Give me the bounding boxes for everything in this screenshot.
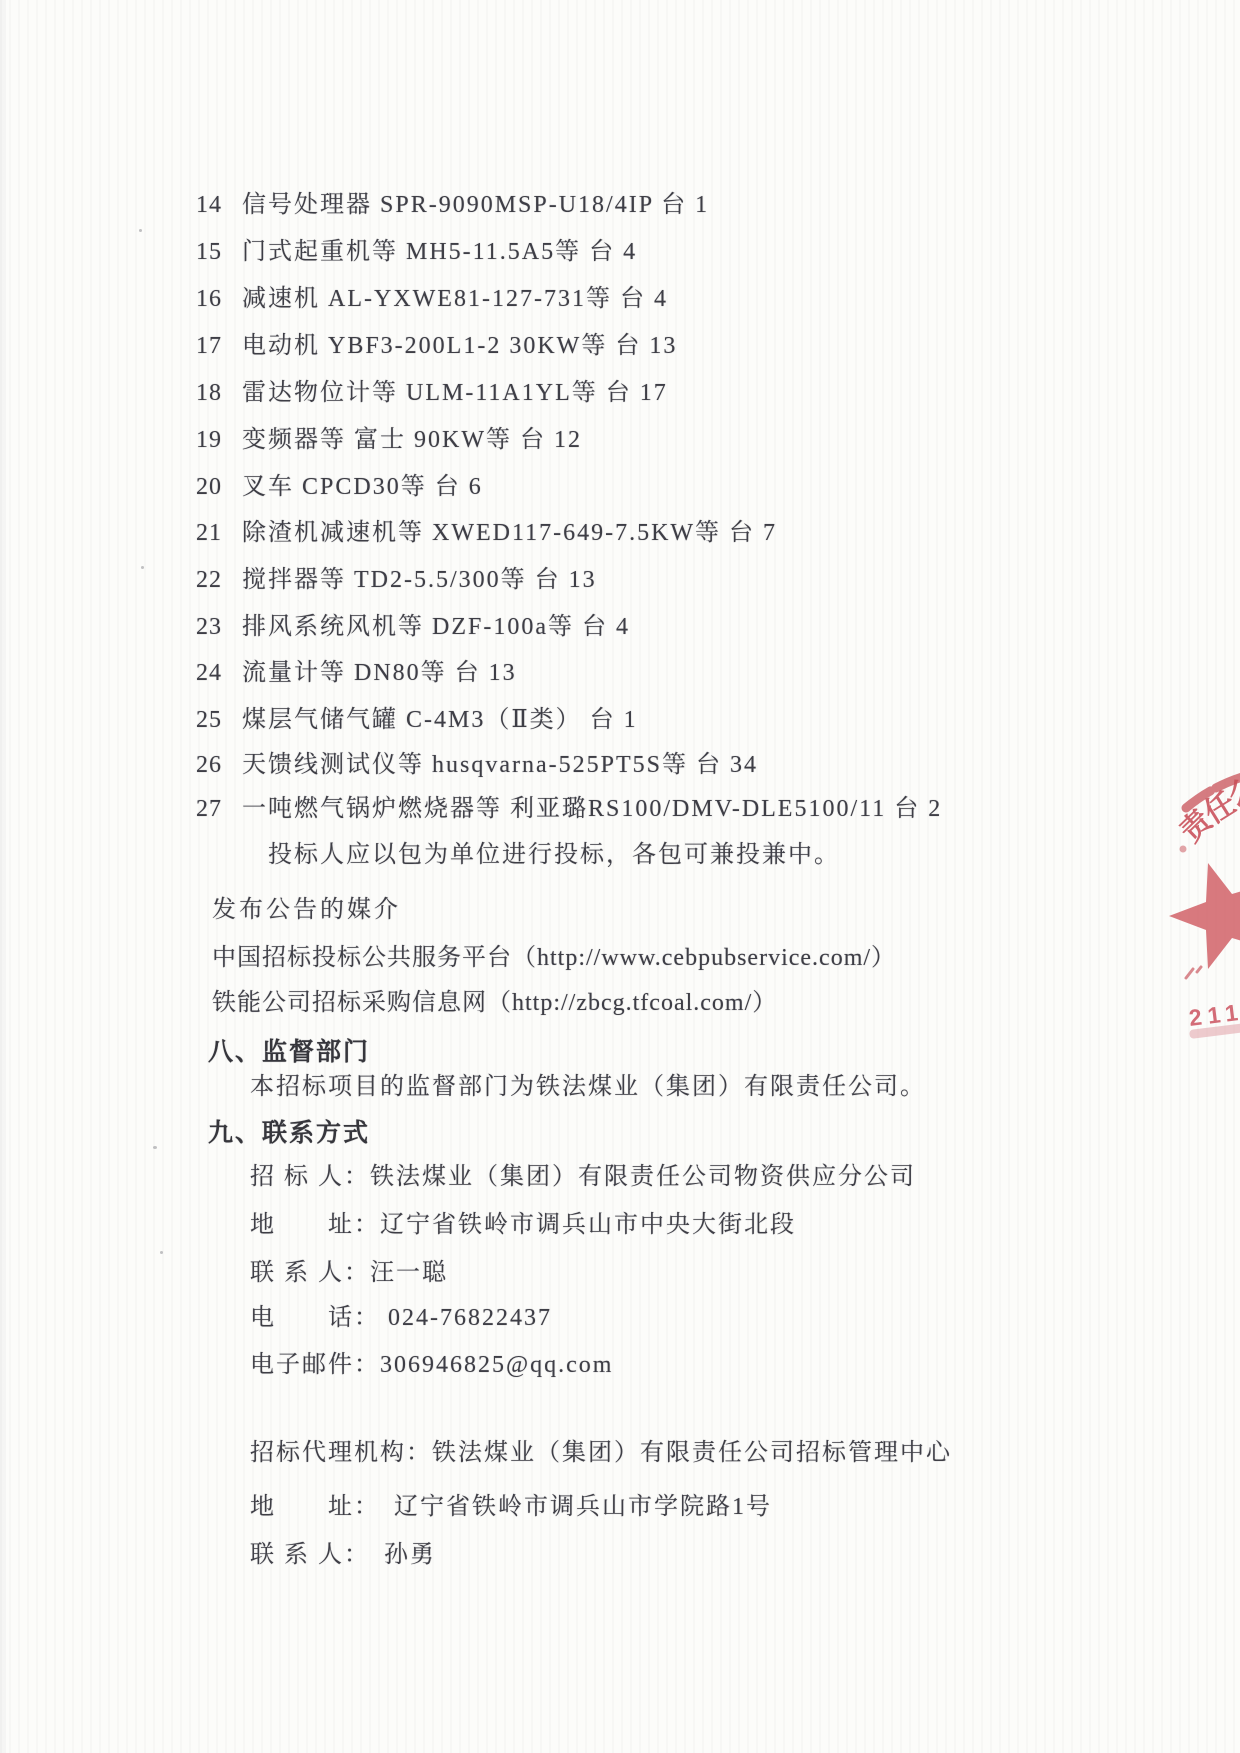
- contact-phone: 电 话： 024-76822437: [250, 1303, 552, 1333]
- media-platform: 中国招标投标公共服务平台（http://www.cebpubservice.co…: [212, 943, 896, 973]
- item-text: 门式起重机等 MH5-11.5A5等 台 4: [242, 239, 637, 265]
- equipment-list-item: 24流量计等 DN80等 台 13: [196, 658, 517, 688]
- contact-address: 地 址：辽宁省铁岭市调兵山市中央大街北段: [250, 1210, 796, 1240]
- item-text: 除渣机减速机等 XWED117-649-7.5KW等 台 7: [242, 520, 777, 546]
- item-text: 煤层气储气罐 C-4M3（Ⅱ类） 台 1: [242, 707, 638, 733]
- item-text: 叉车 CPCD30等 台 6: [242, 474, 483, 500]
- item-number: 17: [196, 331, 228, 361]
- seal-serial-number: 21128: [1187, 994, 1240, 1031]
- section-title-contact: 九、联系方式: [208, 1118, 370, 1148]
- agency-address: 地 址： 辽宁省铁岭市调兵山市学院路1号: [250, 1492, 772, 1522]
- item-number: 20: [196, 472, 228, 502]
- item-number: 22: [196, 565, 228, 595]
- equipment-list-item: 21除渣机减速机等 XWED117-649-7.5KW等 台 7: [196, 518, 777, 548]
- item-text: 电动机 YBF3-200L1-2 30KW等 台 13: [242, 333, 677, 359]
- media-section-header: 发布公告的媒介: [212, 895, 401, 925]
- equipment-list-item: 16减速机 AL-YXWE81-127-731等 台 4: [196, 284, 668, 314]
- item-number: 19: [196, 425, 228, 455]
- scan-speck: [160, 1251, 163, 1254]
- item-text: 搅拌器等 TD2-5.5/300等 台 13: [242, 567, 597, 593]
- item-text: 流量计等 DN80等 台 13: [242, 660, 517, 686]
- seal-char: 任: [1199, 786, 1240, 830]
- item-number: 15: [196, 237, 228, 267]
- supervision-body: 本招标项目的监督部门为铁法煤业（集团）有限责任公司。: [250, 1072, 926, 1102]
- seal-char: 公: [1224, 772, 1240, 813]
- item-number: 21: [196, 518, 228, 548]
- item-number: 16: [196, 284, 228, 314]
- item-text: 天馈线测试仪等 husqvarna-525PT5S等 台 34: [242, 752, 758, 778]
- item-number: 24: [196, 658, 228, 688]
- equipment-list-item: 27一吨燃气锅炉燃烧器等 利亚璐RS100/DMV-DLE5100/11 台 2: [196, 794, 942, 824]
- scan-speck: [141, 566, 144, 569]
- item-number: 26: [196, 750, 228, 780]
- item-number: 14: [196, 190, 228, 220]
- contact-person: 联 系 人：汪一聪: [250, 1258, 448, 1288]
- seal-star-icon: [1169, 863, 1240, 969]
- contact-email: 电子邮件：306946825@qq.com: [250, 1350, 613, 1380]
- item-number: 25: [196, 705, 228, 735]
- item-number: 23: [196, 612, 228, 642]
- item-number: 18: [196, 378, 228, 408]
- agency-name: 招标代理机构：铁法煤业（集团）有限责任公司招标管理中心: [250, 1438, 952, 1468]
- media-platform: 铁能公司招标采购信息网（http://zbcg.tfcoal.com/）: [212, 988, 777, 1018]
- item-text: 变频器等 富士 90KW等 台 12: [242, 427, 582, 453]
- item-text: 信号处理器 SPR-9090MSP-U18/4IP 台 1: [242, 192, 709, 218]
- equipment-list-item: 26天馈线测试仪等 husqvarna-525PT5S等 台 34: [196, 750, 758, 780]
- scan-speck: [153, 1146, 157, 1149]
- equipment-list-item: 19变频器等 富士 90KW等 台 12: [196, 425, 582, 455]
- agency-person: 联 系 人： 孙勇: [250, 1540, 436, 1570]
- item-text: 排风系统风机等 DZF-100a等 台 4: [242, 614, 630, 640]
- equipment-list-item: 17电动机 YBF3-200L1-2 30KW等 台 13: [196, 331, 677, 361]
- item-text: 雷达物位计等 ULM-11A1YL等 台 17: [242, 380, 668, 406]
- item-text: 一吨燃气锅炉燃烧器等 利亚璐RS100/DMV-DLE5100/11 台 2: [242, 796, 942, 822]
- equipment-list-item: 23排风系统风机等 DZF-100a等 台 4: [196, 612, 630, 642]
- seal-arc-text: 责 任 公: [1174, 772, 1240, 849]
- equipment-list-item: 20叉车 CPCD30等 台 6: [196, 472, 483, 502]
- contact-tenderer: 招 标 人：铁法煤业（集团）有限责任公司物资供应分公司: [250, 1162, 916, 1192]
- equipment-list-item: 15门式起重机等 MH5-11.5A5等 台 4: [196, 237, 637, 267]
- seal-ink-smudge: [1189, 1023, 1240, 1039]
- equipment-list-item: 18雷达物位计等 ULM-11A1YL等 台 17: [196, 378, 668, 408]
- bidding-note: 投标人应以包为单位进行投标，各包可兼投兼中。: [268, 840, 840, 870]
- scan-speck: [139, 229, 142, 232]
- seal-char: 责: [1174, 803, 1220, 849]
- item-number: 27: [196, 794, 228, 824]
- item-text: 减速机 AL-YXWE81-127-731等 台 4: [242, 286, 668, 312]
- section-title-supervision: 八、监督部门: [208, 1037, 370, 1067]
- equipment-list-item: 22搅拌器等 TD2-5.5/300等 台 13: [196, 565, 597, 595]
- equipment-list-item: 14信号处理器 SPR-9090MSP-U18/4IP 台 1: [196, 190, 709, 220]
- document-page: 14信号处理器 SPR-9090MSP-U18/4IP 台 1 15门式起重机等…: [0, 0, 1240, 1753]
- seal-border-arc: [1180, 772, 1240, 853]
- equipment-list-item: 25煤层气储气罐 C-4M3（Ⅱ类） 台 1: [196, 705, 638, 735]
- seal-ink-ticks: [1186, 967, 1201, 978]
